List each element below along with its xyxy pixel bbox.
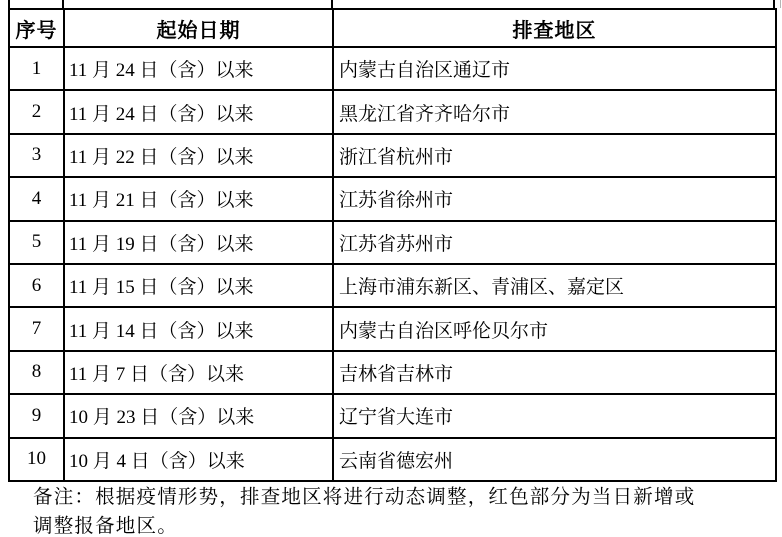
cell-region: 江苏省苏州市 — [333, 221, 776, 264]
table-row: 1 11 月 24 日（含）以来 内蒙古自治区通辽市 — [9, 47, 776, 90]
footnote-line-2: 调整报备地区。 — [33, 512, 733, 537]
cell-serial: 3 — [9, 134, 64, 177]
cell-date: 10 月 23 日（含）以来 — [64, 394, 333, 437]
screening-regions-table: 序号 起始日期 排查地区 1 11 月 24 日（含）以来 内蒙古自治区通辽市 … — [8, 8, 777, 482]
cell-date: 11 月 24 日（含）以来 — [64, 90, 333, 133]
cell-region: 内蒙古自治区呼伦贝尔市 — [333, 307, 776, 350]
cell-region: 辽宁省大连市 — [333, 394, 776, 437]
cell-serial: 2 — [9, 90, 64, 133]
cell-serial: 4 — [9, 177, 64, 220]
footnote: 备注：根据疫情形势，排查地区将进行动态调整，红色部分为当日新增或 调整报备地区。 — [33, 483, 733, 537]
table-row: 6 11 月 15 日（含）以来 上海市浦东新区、青浦区、嘉定区 — [9, 264, 776, 307]
cell-serial: 7 — [9, 307, 64, 350]
cell-serial: 8 — [9, 351, 64, 394]
table-row: 3 11 月 22 日（含）以来 浙江省杭州市 — [9, 134, 776, 177]
screening-regions-document: 序号 起始日期 排查地区 1 11 月 24 日（含）以来 内蒙古自治区通辽市 … — [0, 0, 782, 537]
table-row: 10 10 月 4 日（含）以来 云南省德宏州 — [9, 438, 776, 481]
table-row: 7 11 月 14 日（含）以来 内蒙古自治区呼伦贝尔市 — [9, 307, 776, 350]
cell-serial: 9 — [9, 394, 64, 437]
header-start-date: 起始日期 — [64, 9, 333, 47]
cell-date: 11 月 22 日（含）以来 — [64, 134, 333, 177]
cell-serial: 6 — [9, 264, 64, 307]
cell-serial: 5 — [9, 221, 64, 264]
table-row: 5 11 月 19 日（含）以来 江苏省苏州市 — [9, 221, 776, 264]
header-serial-number: 序号 — [9, 9, 64, 47]
cell-date: 10 月 4 日（含）以来 — [64, 438, 333, 481]
table-row: 4 11 月 21 日（含）以来 江苏省徐州市 — [9, 177, 776, 220]
cell-region: 江苏省徐州市 — [333, 177, 776, 220]
table-row: 2 11 月 24 日（含）以来 黑龙江省齐齐哈尔市 — [9, 90, 776, 133]
header-region: 排查地区 — [333, 9, 776, 47]
table-header-row: 序号 起始日期 排查地区 — [9, 9, 776, 47]
cell-date: 11 月 24 日（含）以来 — [64, 47, 333, 90]
cell-region: 云南省德宏州 — [333, 438, 776, 481]
table-row: 9 10 月 23 日（含）以来 辽宁省大连市 — [9, 394, 776, 437]
cell-region: 上海市浦东新区、青浦区、嘉定区 — [333, 264, 776, 307]
cell-date: 11 月 14 日（含）以来 — [64, 307, 333, 350]
cell-date: 11 月 15 日（含）以来 — [64, 264, 333, 307]
cell-date: 11 月 21 日（含）以来 — [64, 177, 333, 220]
cell-serial: 1 — [9, 47, 64, 90]
cell-region: 浙江省杭州市 — [333, 134, 776, 177]
cell-region: 吉林省吉林市 — [333, 351, 776, 394]
cell-region: 黑龙江省齐齐哈尔市 — [333, 90, 776, 133]
cell-serial: 10 — [9, 438, 64, 481]
footnote-line-1: 备注：根据疫情形势，排查地区将进行动态调整，红色部分为当日新增或 — [33, 483, 733, 512]
cell-date: 11 月 19 日（含）以来 — [64, 221, 333, 264]
page-edge-line — [780, 0, 781, 8]
cell-date: 11 月 7 日（含）以来 — [64, 351, 333, 394]
table-row: 8 11 月 7 日（含）以来 吉林省吉林市 — [9, 351, 776, 394]
cell-region: 内蒙古自治区通辽市 — [333, 47, 776, 90]
